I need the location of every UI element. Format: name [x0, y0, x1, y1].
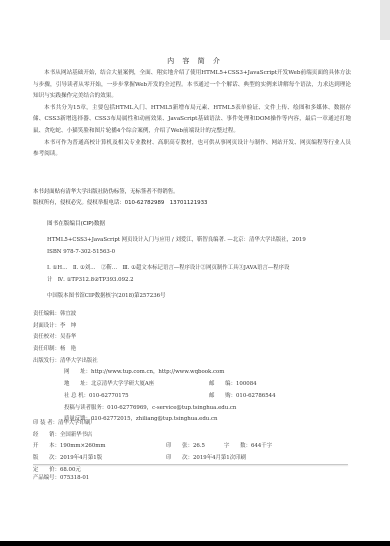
sheets-label: 印 张：	[166, 443, 193, 449]
printing-value: 2019年4月第1次印刷	[193, 455, 246, 461]
publisher-website: 网 址：http://www.tup.com.cn，http://www.wqb…	[33, 367, 373, 379]
credits: 责任编辑：韩宜波 封面设计：李 坤 责任校对：吴春华 责任印制：杨 艳 出版发行…	[33, 309, 373, 426]
cip-data: HTML5+CSS3+JavaScript 网页设计入门与应用 / 刘爱江，靳智…	[47, 235, 347, 303]
cip-line: HTML5+CSS3+JavaScript 网页设计入门与应用 / 刘爱江，靳智…	[47, 235, 347, 247]
mail-order-value: 010-62786544	[236, 393, 276, 399]
credit-row: 责任编辑：韩宜波	[33, 309, 373, 321]
sheets-value: 26.5	[193, 443, 205, 449]
postcode-value: 100084	[236, 381, 257, 387]
format-value: 190mm×260mm	[60, 443, 106, 449]
copyright-page: 内 容 简 介 本书从网站基础开始，结合大量案例，全面、翔实地介绍了使用HTML…	[0, 0, 390, 540]
words-label: 字 数：	[224, 443, 251, 449]
product-code-value: 075318-01	[60, 475, 89, 481]
spec-row: 印 装 者：清华大学印刷厂	[33, 418, 353, 430]
edition-value: 2019年4月第1版	[60, 455, 102, 461]
credit-row: 责任印制：杨 艳	[33, 344, 373, 356]
credit-label: 责任编辑：	[33, 311, 60, 317]
credit-value: 吴春华	[60, 334, 76, 340]
credit-label: 封面设计：	[33, 323, 60, 329]
website-label: 网 址：	[64, 369, 91, 375]
cip-classification: 计 Ⅳ. ①TP312.8②TP393.092.2	[47, 275, 347, 287]
credit-value: 李 坤	[60, 323, 76, 329]
spec-row: 版 次：2019年4月第1版 印 次：2019年4月第1次印刷	[33, 453, 353, 465]
website-link[interactable]: http://www.tup.com.cn，http://www.wqbook.…	[91, 369, 224, 375]
distributor-value: 全国新华书店	[60, 432, 92, 438]
product-code-label: 产品编号：	[33, 475, 60, 481]
price-label: 定 价：	[33, 467, 60, 473]
credit-value: 清华大学出版社	[60, 358, 98, 364]
credit-row: 出版发行：清华大学出版社	[33, 356, 373, 368]
credit-label: 出版发行：	[33, 358, 60, 364]
credit-row: 封面设计：李 坤	[33, 321, 373, 333]
format-label: 开 本：	[33, 443, 60, 449]
credit-label: 责任校对：	[33, 334, 60, 340]
service-label: 投稿与读者服务：	[64, 405, 107, 411]
scrollbar-thumb[interactable]	[380, 0, 390, 40]
publisher-address: 地 址：北京清华大学学研大厦A座 邮 编：100084	[33, 379, 373, 391]
credit-value: 韩宜波	[60, 311, 76, 317]
section-title: 内 容 简 介	[0, 56, 390, 66]
switchboard-value: 010-62770175	[89, 393, 129, 399]
publisher-phone: 社 总 机：010-62770175 邮 购：010-62786544	[33, 391, 373, 403]
credit-label: 责任印制：	[33, 346, 60, 352]
bottom-edge-bar	[0, 541, 390, 546]
mail-order-label: 邮 购：	[209, 393, 236, 399]
divider	[33, 464, 348, 465]
switchboard-label: 社 总 机：	[64, 393, 89, 399]
cip-title: 图书在版编目(CIP)数据	[47, 219, 105, 227]
edition-label: 版 次：	[33, 455, 60, 461]
words-value: 644千字	[251, 443, 272, 449]
intro-text: 本书从网站基础开始，结合大量案例，全面、翔实地介绍了使用HTML5+CSS3+J…	[33, 68, 351, 161]
intro-paragraph: 本书共分为15章，主要包括HTML入门、HTML5新增布局元素、HTML5表单验…	[33, 103, 351, 138]
anti-counterfeit-notice: 本书封面贴有清华大学出版社防伪标签，无标签者不得销售。	[33, 187, 333, 198]
printer-label: 印 装 者：	[33, 420, 58, 426]
book-specs: 印 装 者：清华大学印刷厂 经 销：全国新华书店 开 本：190mm×260mm…	[33, 418, 353, 476]
postcode-label: 邮 编：	[209, 381, 236, 387]
printer-value: 清华大学印刷厂	[58, 420, 96, 426]
spec-row: 开 本：190mm×260mm 印 张：26.5 字 数：644千字	[33, 441, 353, 453]
product-code: 产品编号：075318-01	[33, 473, 89, 481]
spec-row: 经 销：全国新华书店	[33, 430, 353, 442]
intro-paragraph: 本书可作为普通高校计算机及相关专业教材、高职高专教材，也可供从事网页设计与制作、…	[33, 138, 351, 161]
piracy-report-line: 版权所有，侵权必究。侵权举报电话：010-62782989 1370112193…	[33, 198, 333, 209]
cip-approval: 中国版本图书馆CIP数据核字(2018)第257236号	[47, 291, 347, 303]
credit-value: 杨 艳	[60, 346, 76, 352]
cip-isbn: ISBN 978-7-302-51563-0	[47, 247, 347, 259]
copyright-notice: 本书封面贴有清华大学出版社防伪标签，无标签者不得销售。 版权所有，侵权必究。侵权…	[33, 187, 333, 209]
credit-row: 责任校对：吴春华	[33, 332, 373, 344]
address-value: 北京清华大学学研大厦A座	[91, 381, 154, 387]
cip-classification: Ⅰ. ①H… Ⅱ. ①刘… ②靳… Ⅲ. ①超文本标记语言—程序设计②网页制作工…	[47, 263, 347, 275]
price-value: 68.00元	[60, 467, 81, 473]
address-label: 地 址：	[64, 381, 91, 387]
intro-paragraph: 本书从网站基础开始，结合大量案例，全面、翔实地介绍了使用HTML5+CSS3+J…	[33, 68, 351, 103]
publisher-service: 投稿与读者服务：010-62776969，c-service@tup.tsing…	[33, 403, 373, 415]
distributor-label: 经 销：	[33, 432, 60, 438]
printing-label: 印 次：	[166, 455, 193, 461]
service-value: 010-62776969，c-service@tup.tsinghua.edu.…	[107, 405, 236, 411]
